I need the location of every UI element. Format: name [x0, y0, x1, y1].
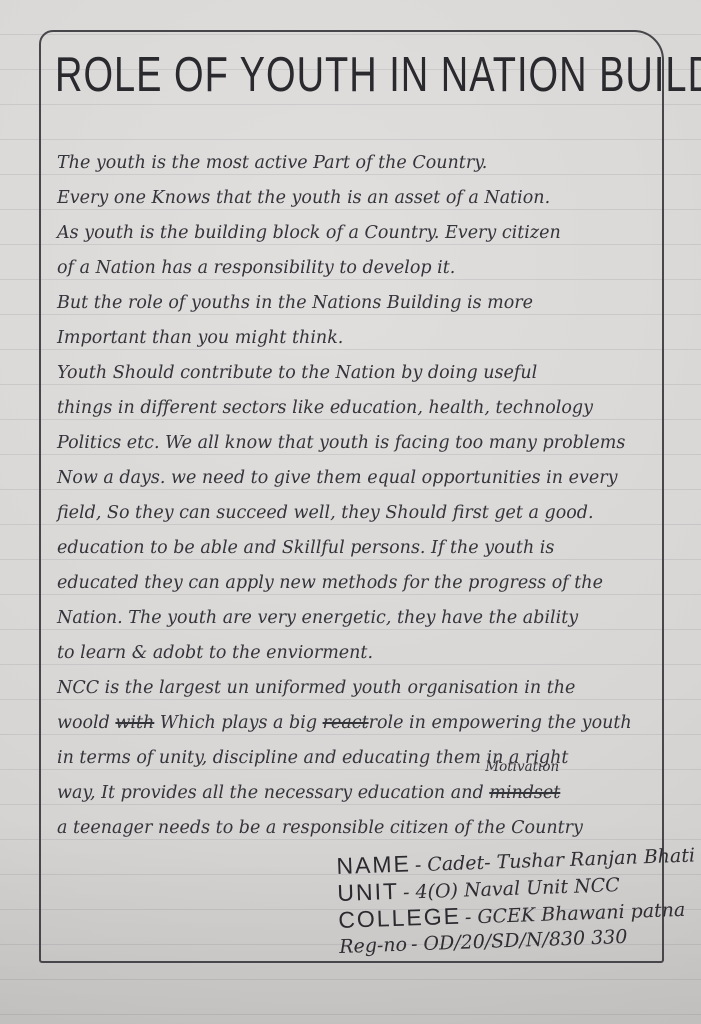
signature-block: NAME- Cadet- Tushar Ranjan BhatiUNIT- 4(… — [336, 842, 669, 959]
handwritten-line: As youth is the building block of a Coun… — [57, 216, 654, 251]
struck-out-word: mindset — [489, 783, 560, 803]
signature-label: COLLEGE — [338, 903, 461, 933]
handwritten-text: a teenager needs to be a responsible cit… — [57, 818, 583, 838]
handwritten-line: educated they can apply new methods for … — [57, 566, 654, 601]
handwritten-text: Nation. The youth are very energetic, th… — [57, 608, 578, 628]
handwritten-line: in terms of unity, discipline and educat… — [57, 741, 654, 776]
handwritten-text: The youth is the most active Part of the… — [57, 153, 487, 173]
handwritten-text: NCC is the largest un uniformed youth or… — [57, 678, 575, 698]
handwritten-text: to learn & adobt to the enviorment. — [57, 643, 373, 663]
handwritten-line: NCC is the largest un uniformed youth or… — [57, 671, 654, 706]
handwritten-text: woold — [57, 713, 115, 733]
handwritten-text: education to be able and Skillful person… — [57, 538, 554, 558]
handwritten-text: Politics etc. We all know that youth is … — [57, 433, 625, 453]
handwritten-line: of a Nation has a responsibility to deve… — [57, 251, 654, 286]
handwritten-text: way, It provides all the necessary educa… — [57, 783, 489, 803]
handwritten-line: But the role of youths in the Nations Bu… — [57, 286, 654, 321]
handwritten-text: educated they can apply new methods for … — [57, 573, 603, 593]
essay-title: ROLE OF YOUTH IN NATION BUILDING — [55, 48, 655, 104]
handwritten-text: things in different sectors like educati… — [57, 398, 593, 418]
handwritten-line: a teenager needs to be a responsible cit… — [57, 811, 654, 846]
signature-value: - OD/20/SD/N/830 330 — [411, 926, 628, 956]
handwritten-text: Important than you might think. — [57, 328, 343, 348]
handwritten-line: Now a days. we need to give them equal o… — [57, 461, 654, 496]
handwritten-line: way, It provides all the necessary educa… — [57, 776, 654, 811]
handwritten-line: Every one Knows that the youth is an ass… — [57, 181, 654, 216]
handwritten-line: to learn & adobt to the enviorment. — [57, 636, 654, 671]
signature-label: Reg-no — [339, 934, 408, 958]
inserted-word: Motivation — [485, 760, 559, 774]
handwritten-text: field, So they can succeed well, they Sh… — [57, 503, 594, 523]
hand-drawn-border: ROLE OF YOUTH IN NATION BUILDING The you… — [39, 30, 664, 963]
handwritten-line: field, So they can succeed well, they Sh… — [57, 496, 654, 531]
signature-label: UNIT — [337, 878, 400, 906]
handwritten-line: Important than you might think. — [57, 321, 654, 356]
handwritten-text: Youth Should contribute to the Nation by… — [57, 363, 537, 383]
signature-label: NAME — [336, 850, 411, 879]
handwritten-text: Which plays a big — [154, 713, 322, 733]
handwritten-line: Youth Should contribute to the Nation by… — [57, 356, 654, 391]
handwritten-text: role in empowering the youth — [369, 713, 632, 733]
handwritten-text: Every one Knows that the youth is an ass… — [57, 188, 550, 208]
handwritten-text: As youth is the building block of a Coun… — [57, 223, 561, 243]
corrected-word: Motivationmindset — [489, 776, 560, 811]
handwritten-text: of a Nation has a responsibility to deve… — [57, 258, 455, 278]
handwritten-line: woold with Which plays a big reactrole i… — [57, 706, 654, 741]
notebook-page-photo: ROLE OF YOUTH IN NATION BUILDING The you… — [0, 0, 701, 1024]
struck-out-word: react — [323, 713, 369, 733]
handwritten-line: Nation. The youth are very energetic, th… — [57, 601, 654, 636]
handwritten-text: Now a days. we need to give them equal o… — [57, 468, 617, 488]
handwritten-line: education to be able and Skillful person… — [57, 531, 654, 566]
handwritten-line: things in different sectors like educati… — [57, 391, 654, 426]
struck-out-word: with — [115, 713, 154, 733]
handwritten-text: But the role of youths in the Nations Bu… — [57, 293, 533, 313]
essay-body: The youth is the most active Part of the… — [57, 146, 654, 846]
handwritten-line: The youth is the most active Part of the… — [57, 146, 654, 181]
handwritten-line: Politics etc. We all know that youth is … — [57, 426, 654, 461]
